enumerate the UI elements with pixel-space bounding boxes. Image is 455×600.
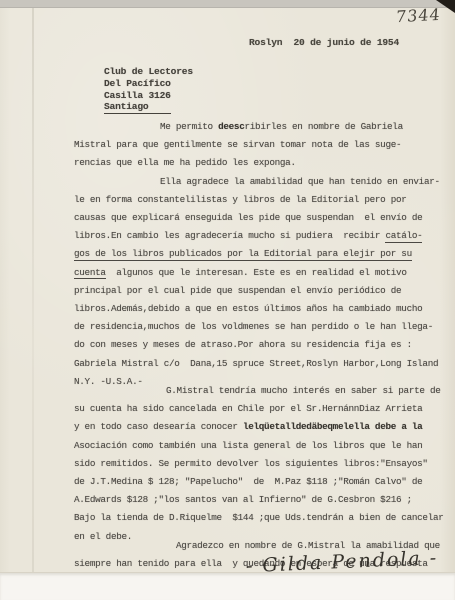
dark-corner-mark — [436, 0, 455, 13]
handwritten-archive-number: 7344 — [395, 5, 441, 26]
body-line: do con meses y meses de atraso.Por ahora… — [74, 336, 454, 354]
body-line: principal por el cual pide que suspendan… — [74, 282, 454, 300]
body-line: su cuenta ha sido cancelada en Chile por… — [74, 400, 454, 418]
address-line: Club de Lectores — [104, 66, 193, 78]
body-line: Ella agradece la amabilidad que han teni… — [74, 173, 454, 191]
body-line: libros.Además,debido a que en estos últi… — [74, 300, 454, 318]
address-line: Del Pacífico — [104, 78, 193, 90]
body-line: de residencia,muchos de los voldmenes se… — [74, 318, 454, 336]
recipient-address: Club de LectoresDel PacíficoCasilla 3126… — [104, 66, 193, 113]
scanned-letter-page: 7344 Roslyn 20 de junio de 1954 Club de … — [0, 0, 455, 600]
body-line: de J.T.Medina $ 128; "Papelucho" de M.Pa… — [74, 473, 454, 491]
body-line: sido remitidos. Se permito devolver los … — [74, 455, 454, 473]
body-line: Gabriela Mistral c/o Dana,15 spruce Stre… — [74, 355, 454, 373]
scan-top-edge — [0, 0, 455, 8]
body-line: le en forma constantelilistas y libros d… — [74, 191, 454, 209]
body-line: causas que explicará enseguida les pide … — [74, 209, 454, 227]
body-line: rencias que ella me ha pedido les expong… — [74, 154, 454, 172]
letter-body: Me permito deescribirles en nombre de Ga… — [74, 118, 454, 591]
body-line: libros.En cambio les agradecería mucho s… — [74, 227, 454, 245]
dateline: Roslyn 20 de junio de 1954 — [249, 37, 399, 48]
address-line: Santiago — [104, 101, 193, 113]
body-line: gos de los libros publicados por la Edit… — [74, 245, 454, 263]
body-line: Asociación como también una lista genera… — [74, 437, 454, 455]
body-line: cuenta algunos que le interesan. Este es… — [74, 264, 454, 282]
address-line: Casilla 3126 — [104, 90, 193, 102]
body-line: A.Edwards $128 ;"los santos van al Infie… — [74, 491, 454, 509]
body-line: Mistral para que gentilmente se sirvan t… — [74, 136, 454, 154]
paper-crease — [32, 8, 34, 573]
body-line: Me permito deescribirles en nombre de Ga… — [74, 118, 454, 136]
scan-bottom-edge — [0, 572, 455, 600]
body-line: y en todo caso desearía conocer lelqüeta… — [74, 418, 454, 436]
body-line: Bajo la tienda de D.Riquelme $144 ;que U… — [74, 509, 454, 527]
